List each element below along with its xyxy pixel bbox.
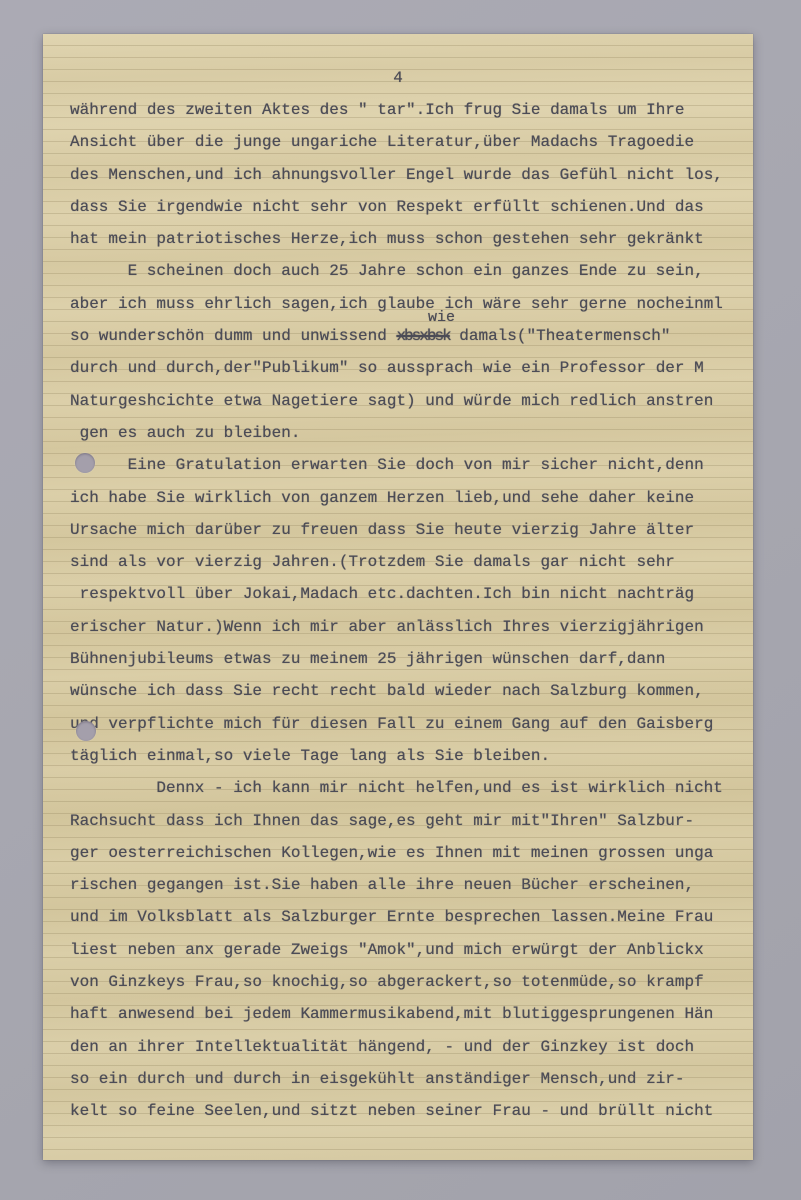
typed-line: durch und durch,der"Publikum" so ausspra… (70, 352, 746, 384)
typed-line: E scheinen doch auch 25 Jahre schon ein … (70, 255, 746, 287)
typed-line: rischen gegangen ist.Sie haben alle ihre… (70, 869, 746, 901)
typed-line: Rachsucht dass ich Ihnen das sage,es geh… (70, 805, 746, 837)
typed-line: während des zweiten Aktes des " tar".Ich… (70, 94, 746, 126)
typed-line: so ein durch und durch in eisgekühlt ans… (70, 1063, 746, 1095)
typed-line: sind als vor vierzig Jahren.(Trotzdem Si… (70, 546, 746, 578)
typed-line: ich habe Sie wirklich von ganzem Herzen … (70, 482, 746, 514)
typed-line: ger oesterreichischen Kollegen,wie es Ih… (70, 837, 746, 869)
typed-line: wünsche ich dass Sie recht recht bald wi… (70, 675, 746, 707)
interline-insertion: wie (428, 311, 455, 325)
page-number: 4 (43, 70, 753, 86)
struck-out-word: xbsxbsk (396, 327, 449, 345)
typed-line: hat mein patriotisches Herze,ich muss sc… (70, 223, 746, 255)
typed-line: gen es auch zu bleiben. (70, 417, 746, 449)
typed-line: und verpflichte mich für diesen Fall zu … (70, 708, 746, 740)
hole-punch-bottom (76, 721, 96, 741)
typed-line: täglich einmal,so viele Tage lang als Si… (70, 740, 746, 772)
typed-line: so wunderschön dumm und unwissend xbsxbs… (70, 320, 746, 352)
typed-text: damals("Theatermensch" (450, 327, 671, 345)
typed-text: so wunderschön dumm und unwissend (70, 327, 396, 345)
typed-line: Bühnenjubileums etwas zu meinem 25 jähri… (70, 643, 746, 675)
typed-line: erischer Natur.)Wenn ich mir aber anläss… (70, 611, 746, 643)
typed-line: des Menschen,und ich ahnungsvoller Engel… (70, 159, 746, 191)
typed-line: aber ich muss ehrlich sagen,ich glaube i… (70, 288, 746, 320)
typed-line: Ursache mich darüber zu freuen dass Sie … (70, 514, 746, 546)
typed-line: den an ihrer Intellektualität hängend, -… (70, 1031, 746, 1063)
typed-line: und im Volksblatt als Salzburger Ernte b… (70, 901, 746, 933)
typed-line: haft anwesend bei jedem Kammermusikabend… (70, 998, 746, 1030)
typed-line: Dennx - ich kann mir nicht helfen,und es… (70, 772, 746, 804)
hole-punch-top (75, 453, 95, 473)
typed-lines: während des zweiten Aktes des " tar".Ich… (70, 94, 746, 1128)
typed-line: Ansicht über die junge ungariche Literat… (70, 126, 746, 158)
typed-line: Eine Gratulation erwarten Sie doch von m… (70, 449, 746, 481)
typed-line: liest neben anx gerade Zweigs "Amok",und… (70, 934, 746, 966)
letter-page: 4 während des zweiten Aktes des " tar".I… (43, 34, 753, 1160)
typed-line: von Ginzkeys Frau,so knochig,so abgerack… (70, 966, 746, 998)
typed-line: kelt so feine Seelen,und sitzt neben sei… (70, 1095, 746, 1127)
typed-line: Naturgeshcichte etwa Nagetiere sagt) und… (70, 385, 746, 417)
typed-line: dass Sie irgendwie nicht sehr von Respek… (70, 191, 746, 223)
typed-line: respektvoll über Jokai,Madach etc.dachte… (70, 578, 746, 610)
